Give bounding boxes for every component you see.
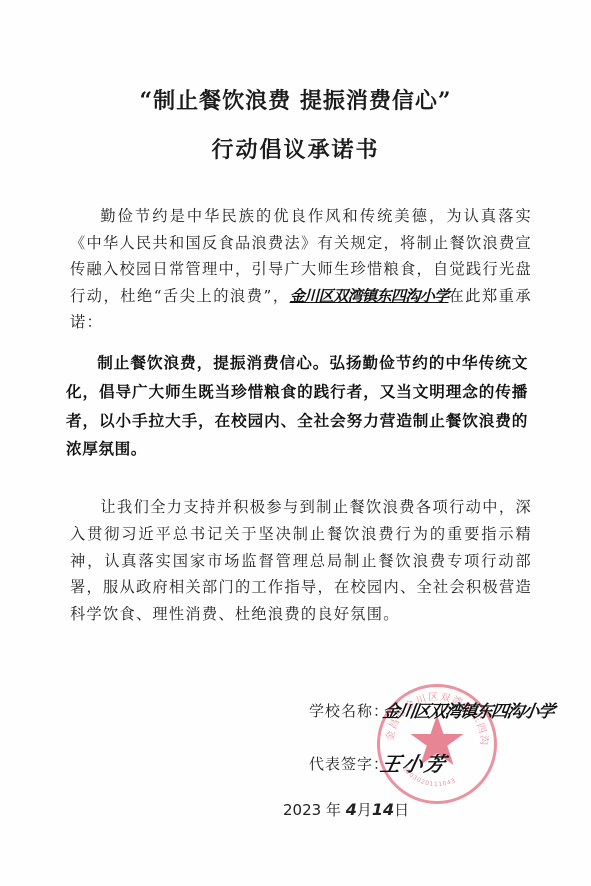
paragraph-intro: 勤俭节约是中华民族的优良作风和传统美德，为认真落实《中华人民共和国反食品浪费法》… (70, 203, 532, 336)
representative-signature-label: 代表签字： (309, 753, 389, 774)
document-page: “制止餐饮浪费 提振消费信心” 行动倡议承诺书 勤俭节约是中华民族的优良作风和传… (0, 0, 591, 886)
representative-signature: 王小芳 (378, 748, 450, 777)
svg-text:金昌市金川区双湾镇东四沟小学: 金昌市金川区双湾镇东四沟小学 (380, 687, 491, 747)
school-name-handwritten: 金川区双湾镇东四沟小学 (381, 697, 555, 722)
document-title-line2: 行动倡议承诺书 (0, 133, 591, 164)
official-seal: 金昌市金川区双湾镇东四沟小学 6203020111043 (377, 684, 497, 804)
school-name-label: 学校名称： (309, 700, 389, 721)
date-year: 2023 (283, 801, 321, 819)
signing-date: 2023 年 4月14日 (283, 799, 409, 820)
date-month: 4 (346, 800, 357, 819)
document-title-line1: “制止餐饮浪费 提振消费信心” (0, 84, 591, 115)
date-month-unit: 月 (357, 801, 372, 819)
handwritten-school-name-inline: 金川区双湾镇东四沟小学 (290, 287, 449, 305)
seal-serial: 6203020111043 (401, 765, 457, 788)
paragraph-commitment: 制止餐饮浪费，提振消费信心。弘扬勤俭节约的中华传统文化，倡导广大师生既当珍惜粮食… (66, 349, 528, 464)
date-year-unit: 年 (321, 801, 346, 819)
seal-star-icon: 金昌市金川区双湾镇东四沟小学 6203020111043 (380, 687, 494, 801)
date-day: 14 (372, 800, 394, 819)
paragraph-call-to-action: 让我们全力支持并积极参与到制止餐饮浪费各项行动中，深入贯彻习近平总书记关于坚决制… (70, 494, 532, 628)
seal-ring-text: 金昌市金川区双湾镇东四沟小学 (380, 687, 491, 747)
date-day-unit: 日 (394, 801, 409, 819)
svg-text:6203020111043: 6203020111043 (401, 765, 457, 788)
